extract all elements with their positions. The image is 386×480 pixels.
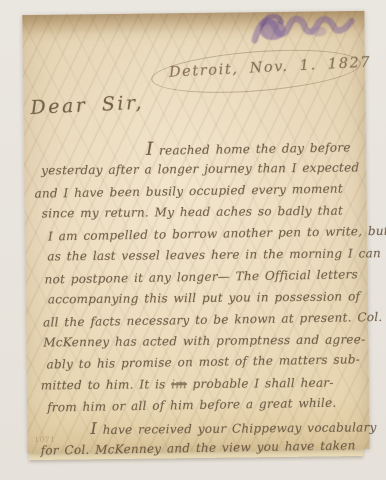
letter-body: I reached home the day before yesterday … (24, 136, 370, 462)
dateline-block: Detroit, Nov. 1. 1827 (150, 45, 366, 98)
margin-number: 1071 (34, 436, 55, 444)
letter-line: for Col. McKenney and the view you have … (27, 435, 369, 462)
letter-photo: Detroit, Nov. 1. 1827 Dear Sir, I reache… (0, 0, 386, 480)
salutation: Dear Sir, (30, 92, 144, 119)
letter-line-text: probable I shall hear- (187, 375, 334, 390)
letter-page: Detroit, Nov. 1. 1827 Dear Sir, I reache… (22, 11, 369, 453)
struck-word: im (171, 377, 187, 391)
letter-line-text: mitted to him. It is (41, 377, 171, 392)
